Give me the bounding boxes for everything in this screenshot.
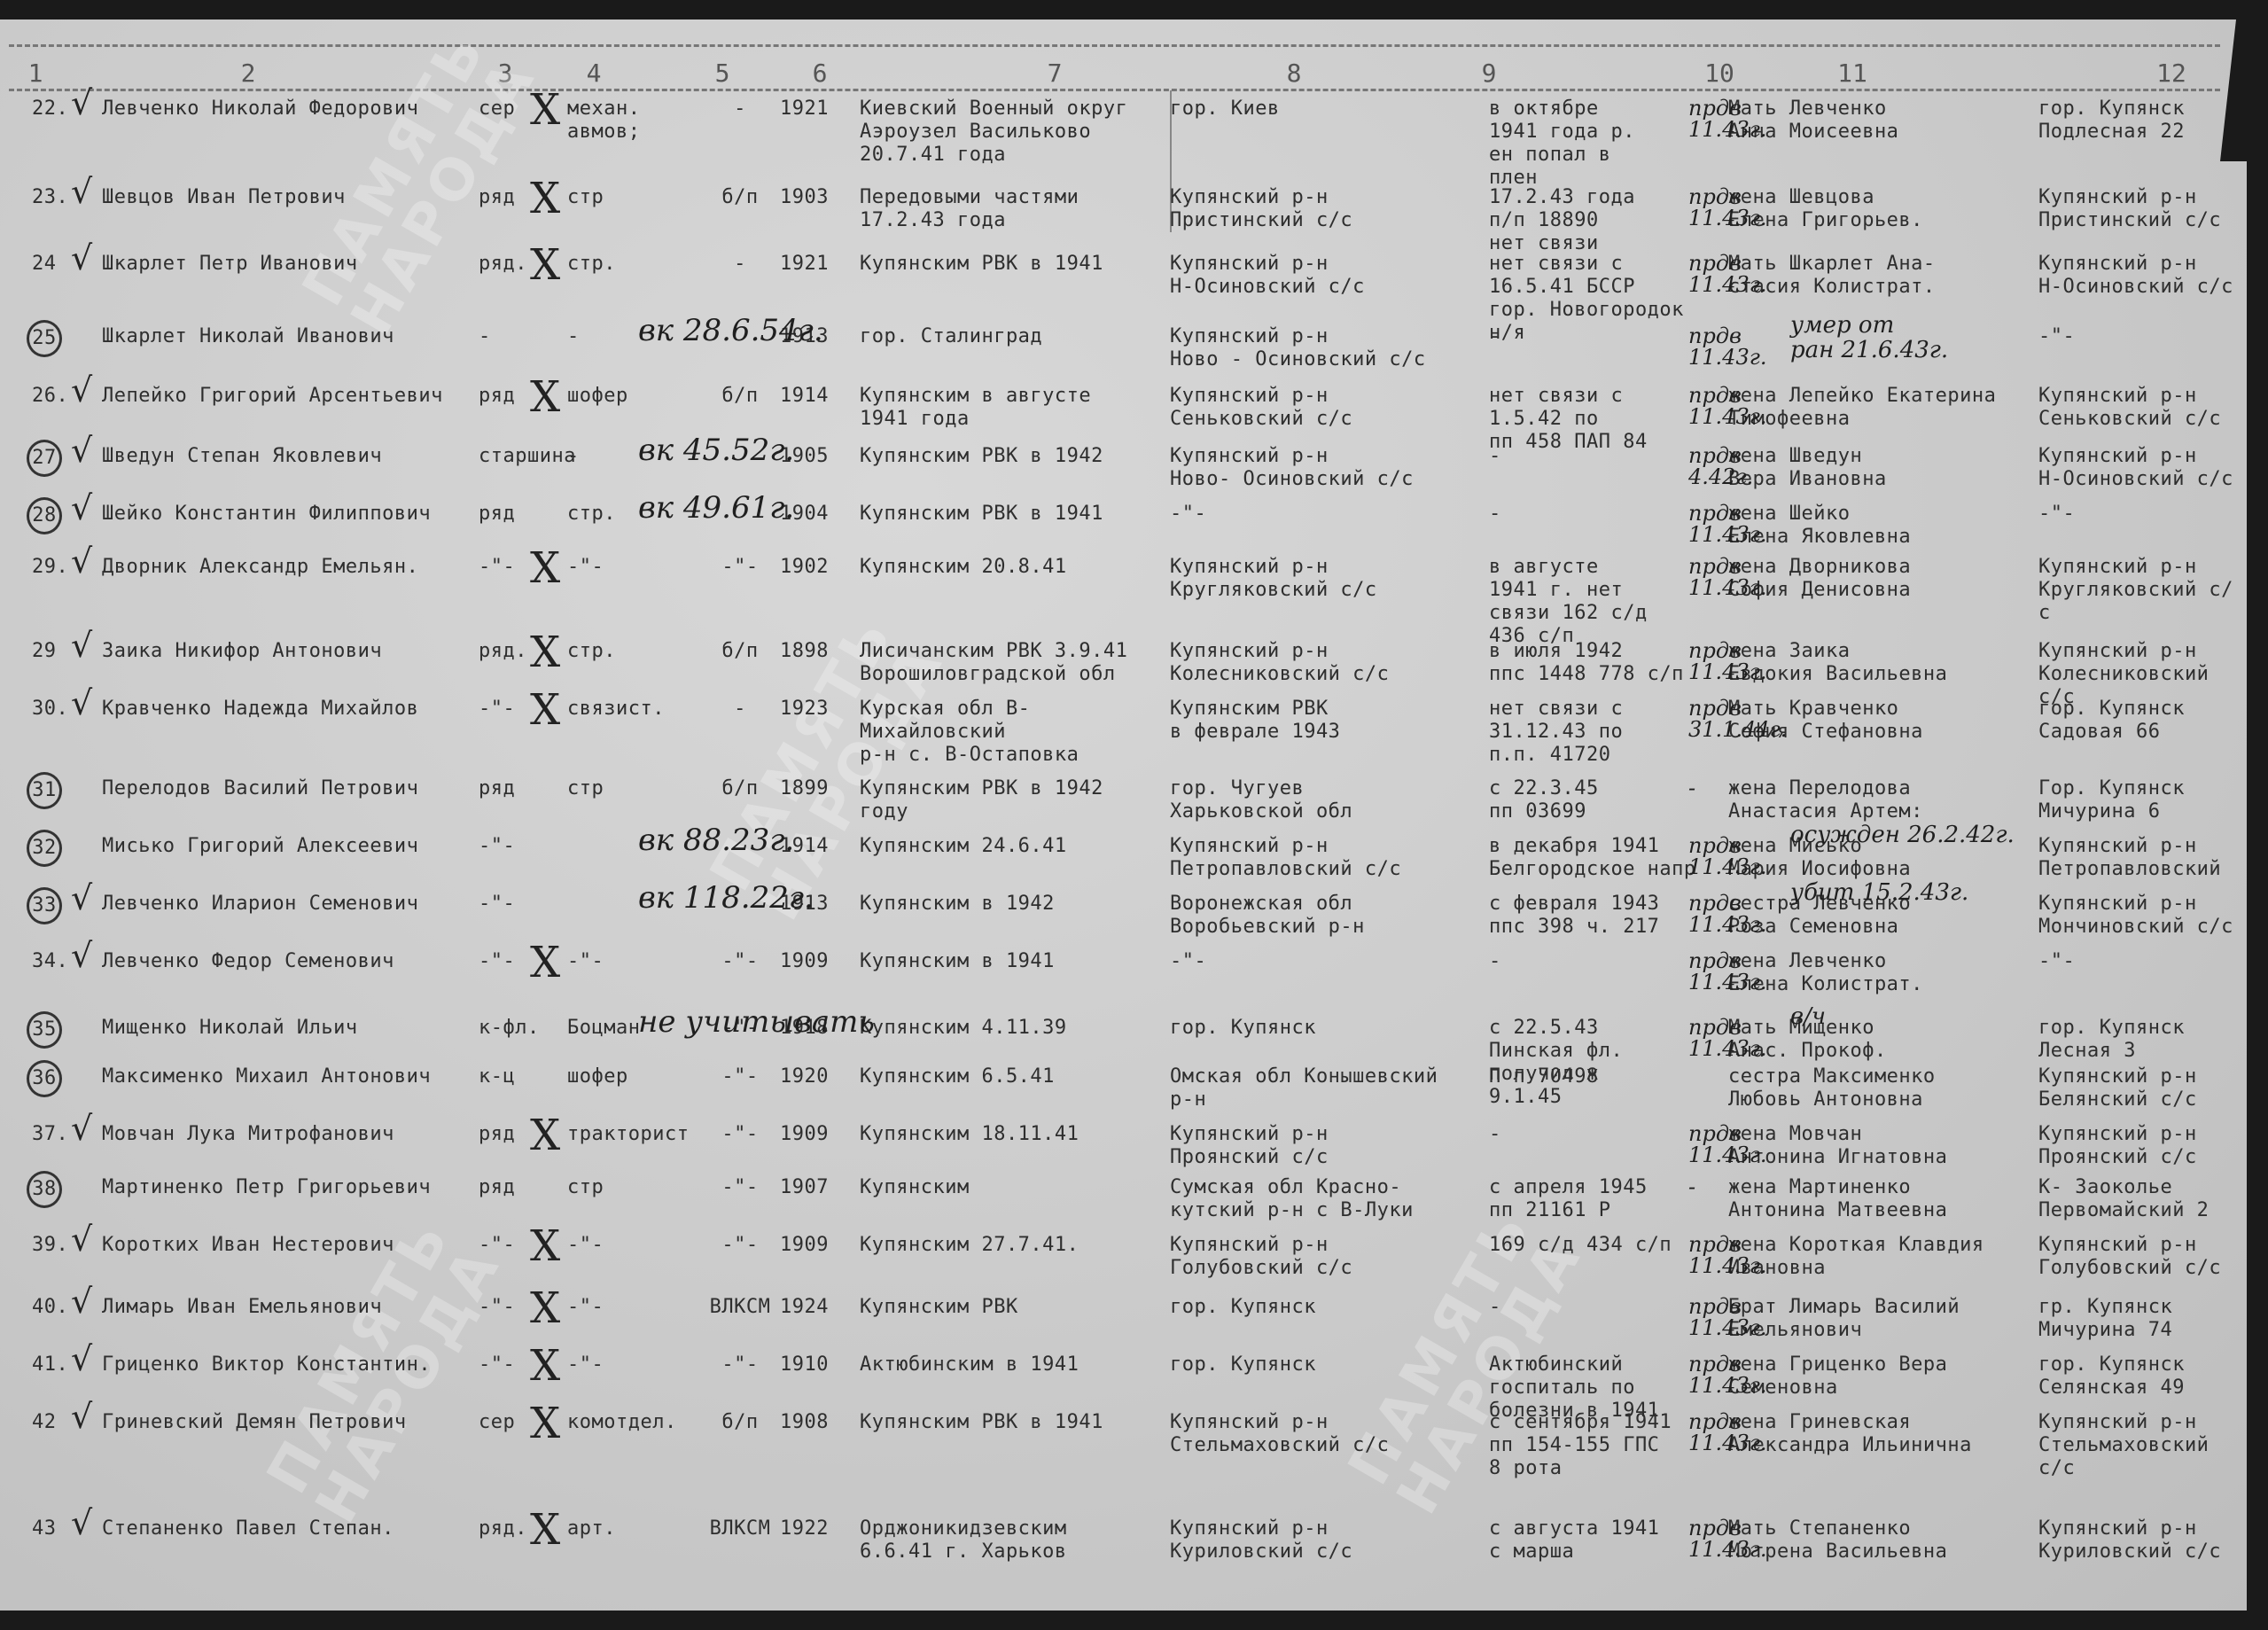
cell-fate: 17.2.43 года п/п 18890 нет связи bbox=[1489, 186, 1711, 255]
cell-rank: -"- bbox=[479, 698, 541, 721]
cell-party: -"- bbox=[700, 1123, 780, 1146]
cell-name: Левченко Иларион Семенович bbox=[102, 893, 474, 916]
cell-home: -"- bbox=[2038, 950, 2242, 973]
cell-spec: шофер bbox=[567, 1065, 691, 1088]
cell-fate: с февраля 1943 ппс 398 ч. 217 bbox=[1489, 893, 1711, 939]
row-number: 33 bbox=[27, 887, 62, 924]
cell-rank: ряд. bbox=[479, 1517, 541, 1540]
cell-addr: -"- bbox=[1170, 503, 1489, 526]
handwritten-annotation: вк 88.23г. bbox=[638, 828, 794, 853]
cell-name: Мовчан Лука Митрофанович bbox=[102, 1123, 474, 1146]
handwritten-verification-note: прдв 11.43г. bbox=[1688, 1517, 1766, 1560]
cell-fate: с августа 1941 с марша bbox=[1489, 1517, 1711, 1564]
cell-name: Левченко Николай Федорович bbox=[102, 97, 474, 121]
cell-name: Шевцов Иван Петрович bbox=[102, 186, 474, 209]
column-number: 11 bbox=[1837, 58, 1867, 88]
handwritten-verification-note: прдв 11.43г. bbox=[1688, 556, 1766, 598]
cell-name: Мисько Григорий Алексеевич bbox=[102, 835, 474, 858]
cell-draft: Купянским в 1942 bbox=[860, 893, 1161, 916]
row-number: 38 bbox=[27, 1171, 62, 1208]
cell-draft: Орджоникидзевским 6.6.41 г. Харьков bbox=[860, 1517, 1161, 1564]
cell-year: 1899 bbox=[780, 777, 851, 800]
cell-name: Коротких Иван Нестерович bbox=[102, 1234, 474, 1257]
handwritten-fate-annotation: осужден 26.2.42г. bbox=[1790, 823, 2015, 847]
cell-home: гр. Купянск Мичурина 74 bbox=[2038, 1296, 2242, 1342]
handwritten-verification-note: прдв 11.43г. bbox=[1688, 1234, 1766, 1276]
column-number: 12 bbox=[2156, 58, 2186, 88]
column-number-header: 123456789101112 bbox=[0, 58, 2247, 85]
cell-addr: Сумская обл Красно- кутский р-н с В-Луки bbox=[1170, 1176, 1489, 1222]
column-number: 2 bbox=[241, 58, 256, 88]
row-number: 34. bbox=[32, 950, 67, 973]
cell-name: Гриневский Демян Петрович bbox=[102, 1411, 474, 1434]
column-number: 9 bbox=[1482, 58, 1497, 88]
cell-addr: гор. Киев bbox=[1170, 97, 1489, 121]
cell-spec: связист. bbox=[567, 698, 691, 721]
cell-year: 1909 bbox=[780, 1123, 851, 1146]
cell-spec: арт. bbox=[567, 1517, 691, 1540]
cell-addr: Купянский р-н Кругляковский с/с bbox=[1170, 556, 1489, 602]
cell-addr: гор. Купянск bbox=[1170, 1017, 1489, 1040]
cell-fate: с сентября 1941 пп 154-155 ГПС 8 рота bbox=[1489, 1411, 1711, 1480]
checkmark-icon: √ bbox=[71, 628, 92, 663]
cell-addr: Купянский р-н Ново - Осиновский с/с bbox=[1170, 325, 1489, 371]
row-number: 29 bbox=[32, 640, 67, 663]
cell-kin: Мать Мищенко Анас. Прокоф. bbox=[1728, 1017, 2030, 1063]
cell-home: Купянский р-н Стельмаховский с/с bbox=[2038, 1411, 2242, 1480]
cell-kin: жена Шейко Елена Яковлевна bbox=[1728, 503, 2030, 549]
handwritten-verification-note: прдв 11.43г. bbox=[1688, 1017, 1766, 1059]
cell-addr: гор. Купянск bbox=[1170, 1296, 1489, 1319]
cell-party: ВЛКСМ bbox=[700, 1296, 780, 1319]
cell-fate: П п 70498 bbox=[1489, 1065, 1711, 1088]
cell-draft: Купянским в 1941 bbox=[860, 950, 1161, 973]
cell-year: 1922 bbox=[780, 1517, 851, 1540]
cell-draft: Купянским РВК в 1941 bbox=[860, 503, 1161, 526]
checkmark-icon: √ bbox=[71, 1283, 92, 1319]
cell-addr: гор. Чугуев Харьковской обл bbox=[1170, 777, 1489, 823]
cell-name: Максименко Михаил Антонович bbox=[102, 1065, 474, 1088]
checkmark-icon: √ bbox=[71, 543, 92, 579]
checkmark-icon: √ bbox=[71, 1341, 92, 1377]
cell-addr: Купянский р-н Пристинский с/с bbox=[1170, 186, 1489, 232]
cell-addr: -"- bbox=[1170, 950, 1489, 973]
cell-spec: комотдел. bbox=[567, 1411, 691, 1434]
cell-home: Купянский р-н Мончиновский с/с bbox=[2038, 893, 2242, 939]
cell-kin: жена Мовчан Антонина Игнатовна bbox=[1728, 1123, 2030, 1169]
cell-draft: Киевский Военный округ Аэроузел Василько… bbox=[860, 97, 1161, 167]
handwritten-verification-note: прдв 11.43г. bbox=[1688, 893, 1766, 935]
cell-party: б/п bbox=[700, 1411, 780, 1434]
cell-kin: жена Дворникова София Денисовна bbox=[1728, 556, 2030, 602]
cell-name: Шейко Константин Филиппович bbox=[102, 503, 474, 526]
checkmark-icon: √ bbox=[71, 1505, 92, 1540]
column-number: 4 bbox=[587, 58, 602, 88]
cell-home: Купянский р-н Петропавловский bbox=[2038, 835, 2242, 881]
cell-name: Заика Никифор Антонович bbox=[102, 640, 474, 663]
cell-home: -"- bbox=[2038, 503, 2242, 526]
handwritten-verification-note: прдв 11.43г. bbox=[1688, 503, 1766, 545]
handwritten-verification-note: прдв 11.43г. bbox=[1688, 1296, 1766, 1338]
cell-fate: в июля 1942 ппс 1448 778 с/п bbox=[1489, 640, 1711, 686]
handwritten-verification-note: прдв 4.42г. bbox=[1688, 445, 1753, 487]
cell-rank: -"- bbox=[479, 1296, 541, 1319]
checkmark-icon: √ bbox=[71, 372, 92, 408]
checkmark-icon: √ bbox=[71, 1221, 92, 1257]
cell-spec: шофер bbox=[567, 385, 691, 408]
handwritten-annotation: вк 28.6.54г. bbox=[638, 318, 823, 343]
cell-year: 1914 bbox=[780, 385, 851, 408]
handwritten-verification-note: прдв 11.43г. bbox=[1688, 97, 1766, 140]
cell-draft: Купянским РВК в 1941 bbox=[860, 253, 1161, 276]
cell-spec: -"- bbox=[567, 950, 691, 973]
cell-party: б/п bbox=[700, 186, 780, 209]
cell-kin: жена Левченко Елена Колистрат. bbox=[1728, 950, 2030, 996]
header-rule-bottom bbox=[9, 89, 2220, 91]
cell-home: гор. Купянск Садовая 66 bbox=[2038, 698, 2242, 744]
cell-spec: -"- bbox=[567, 556, 691, 579]
cell-spec: -"- bbox=[567, 1296, 691, 1319]
cell-home: Гор. Купянск Мичурина 6 bbox=[2038, 777, 2242, 823]
cell-draft: Купянским РВК в 1942 году bbox=[860, 777, 1161, 823]
row-number: 29. bbox=[32, 556, 67, 579]
cell-year: 1920 bbox=[780, 1065, 851, 1088]
row-number: 36 bbox=[27, 1060, 62, 1097]
cell-draft: Передовыми частями 17.2.43 года bbox=[860, 186, 1161, 232]
cell-draft: Купянским 18.11.41 bbox=[860, 1123, 1161, 1146]
cell-draft: Купянским РВК bbox=[860, 1296, 1161, 1319]
checkmark-icon: √ bbox=[71, 1111, 92, 1146]
cell-draft: Купянским 20.8.41 bbox=[860, 556, 1161, 579]
handwritten-verification-note: прдв 11.43г. bbox=[1688, 253, 1766, 295]
cell-party: ВЛКСМ bbox=[700, 1517, 780, 1540]
cell-party: -"- bbox=[700, 1065, 780, 1088]
cell-party: - bbox=[700, 97, 780, 121]
cell-addr: Купянский р-н Стельмаховский с/с bbox=[1170, 1411, 1489, 1457]
cell-fate: с апреля 1945 пп 21161 Р bbox=[1489, 1176, 1711, 1222]
cell-home: К- Заокольe Первомайский 2 bbox=[2038, 1176, 2242, 1222]
cell-year: 1910 bbox=[780, 1353, 851, 1377]
cell-addr: Купянский р-н Голубовский с/с bbox=[1170, 1234, 1489, 1280]
cell-home: Купянский р-н Голубовский с/с bbox=[2038, 1234, 2242, 1280]
checkmark-icon: √ bbox=[71, 433, 92, 468]
row-number: 35 bbox=[27, 1011, 62, 1049]
cell-draft: Купянским РВК в 1941 bbox=[860, 1411, 1161, 1434]
cell-addr: Купянский р-н Ново- Осиновский с/с bbox=[1170, 445, 1489, 491]
cell-draft: Купянским 6.5.41 bbox=[860, 1065, 1161, 1088]
cell-draft: Купянским РВК в 1942 bbox=[860, 445, 1161, 468]
cell-year: 1924 bbox=[780, 1296, 851, 1319]
cell-fate: в декабря 1941 Белгородское напр bbox=[1489, 835, 1711, 881]
cell-kin: жена Шевцова Елена Григорьев. bbox=[1728, 186, 2030, 232]
row-number: 27 bbox=[27, 440, 62, 477]
row-number: 25 bbox=[27, 320, 62, 357]
cell-draft: Актюбинским в 1941 bbox=[860, 1353, 1161, 1377]
cell-party: -"- bbox=[700, 1353, 780, 1377]
cell-kin: Мать Шкарлет Ана- стасия Колистрат. bbox=[1728, 253, 2030, 299]
cell-kin: Мать Степаненко Мотрена Васильевна bbox=[1728, 1517, 2030, 1564]
cell-home: гор. Купянск Селянская 49 bbox=[2038, 1353, 2242, 1400]
cell-kin: жена Гриневская Александра Ильинична bbox=[1728, 1411, 2030, 1457]
handwritten-verification-note: прдв 11.43г. bbox=[1688, 325, 1766, 368]
cell-spec: стр bbox=[567, 186, 691, 209]
cell-home: гор. Купянск Подлесная 22 bbox=[2038, 97, 2242, 144]
cell-party: -"- bbox=[700, 1234, 780, 1257]
cell-draft: Купянским bbox=[860, 1176, 1161, 1199]
row-number: 24 bbox=[32, 253, 67, 276]
cell-name: Перелодов Василий Петрович bbox=[102, 777, 474, 800]
row-number: 39. bbox=[32, 1234, 67, 1257]
cell-fate: в августе 1941 г. нет связи 162 с/д 436 … bbox=[1489, 556, 1711, 648]
checkmark-icon: √ bbox=[71, 685, 92, 721]
cell-kin: сестра Максименко Любовь Антоновна bbox=[1728, 1065, 2030, 1111]
cell-rank: к-ц bbox=[479, 1065, 541, 1088]
cell-name: Лимарь Иван Емельянович bbox=[102, 1296, 474, 1319]
handwritten-verification-note: - bbox=[1688, 1176, 1695, 1197]
column-number: 6 bbox=[813, 58, 828, 88]
cell-home: Купянский р-н Белянский с/с bbox=[2038, 1065, 2242, 1111]
handwritten-verification-note: прдв 11.43г. bbox=[1688, 385, 1766, 427]
cell-addr: Купянский р-н Проянский с/с bbox=[1170, 1123, 1489, 1169]
cell-party: б/п bbox=[700, 777, 780, 800]
checkmark-icon: √ bbox=[71, 938, 92, 973]
cell-fate: - bbox=[1489, 325, 1711, 348]
cell-year: 1908 bbox=[780, 1411, 851, 1434]
handwritten-annotation: вк 45.52г. bbox=[638, 438, 794, 463]
cell-name: Левченко Федор Семенович bbox=[102, 950, 474, 973]
handwritten-verification-note: прдв 11.43г. bbox=[1688, 835, 1766, 877]
cell-rank: к-фл. bbox=[479, 1017, 541, 1040]
cell-fate: нет связи с 31.12.43 по п.п. 41720 bbox=[1489, 698, 1711, 767]
cell-rank: ряд. bbox=[479, 253, 541, 276]
cell-party: - bbox=[700, 253, 780, 276]
cell-rank: ряд bbox=[479, 1123, 541, 1146]
cell-name: Шведун Степан Яковлевич bbox=[102, 445, 474, 468]
cell-home: Купянский р-н Проянский с/с bbox=[2038, 1123, 2242, 1169]
column-number: 7 bbox=[1048, 58, 1063, 88]
cell-year: 1903 bbox=[780, 186, 851, 209]
cell-rank: -"- bbox=[479, 556, 541, 579]
handwritten-fate-annotation: убит 15.2.43г. bbox=[1790, 880, 1968, 905]
cell-home: Купянский р-н Куриловский с/с bbox=[2038, 1517, 2242, 1564]
cell-addr: Купянский р-н Куриловский с/с bbox=[1170, 1517, 1489, 1564]
cell-rank: ряд bbox=[479, 1176, 541, 1199]
cell-spec: стр bbox=[567, 1176, 691, 1199]
cell-fate: - bbox=[1489, 1123, 1711, 1146]
handwritten-verification-note: прдв 11.43г. bbox=[1688, 1123, 1766, 1166]
cell-draft: Купянским 24.6.41 bbox=[860, 835, 1161, 858]
row-number: 31 bbox=[27, 772, 62, 809]
cell-spec: тракторист bbox=[567, 1123, 691, 1146]
cell-home: Купянский р-н Н-Осиновский с/с bbox=[2038, 445, 2242, 491]
cell-rank: -"- bbox=[479, 893, 541, 916]
handwritten-verification-note: прдв 11.43г. bbox=[1688, 1353, 1766, 1396]
cell-party: -"- bbox=[700, 556, 780, 579]
cell-spec: -"- bbox=[567, 1353, 691, 1377]
cell-draft: Купянским в августе 1941 года bbox=[860, 385, 1161, 431]
column-number: 8 bbox=[1287, 58, 1302, 88]
handwritten-verification-note: - bbox=[1688, 777, 1695, 799]
cell-home: Купянский р-н Пристинский с/с bbox=[2038, 186, 2242, 232]
cell-addr: Купянский р-н Сеньковский с/с bbox=[1170, 385, 1489, 431]
column-number: 5 bbox=[715, 58, 730, 88]
document-sheet: 123456789101112 ПАМЯТЬ НАРОДА ПАМЯТЬ НАР… bbox=[0, 19, 2247, 1611]
cell-rank: -"- bbox=[479, 950, 541, 973]
row-number: 22. bbox=[32, 97, 67, 121]
cell-party: б/п bbox=[700, 385, 780, 408]
cell-year: 1898 bbox=[780, 640, 851, 663]
cell-kin: жена Шведун Вера Ивановна bbox=[1728, 445, 2030, 491]
cell-addr: Купянский р-н Петропавловский с/с bbox=[1170, 835, 1489, 881]
row-number: 23. bbox=[32, 186, 67, 209]
cell-kin: жена Заика Евдокия Васильевна bbox=[1728, 640, 2030, 686]
cell-name: Мищенко Николай Ильич bbox=[102, 1017, 474, 1040]
cell-year: 1909 bbox=[780, 950, 851, 973]
cell-name: Шкарлет Петр Иванович bbox=[102, 253, 474, 276]
handwritten-verification-note: прдв 31.1.44г. bbox=[1688, 698, 1787, 740]
cell-party: - bbox=[700, 698, 780, 721]
handwritten-verification-note: прдв 11.43г. bbox=[1688, 1411, 1766, 1454]
cell-home: Купянский р-н Н-Осиновский с/с bbox=[2038, 253, 2242, 299]
cell-addr: Купянский р-н Н-Осиновский с/с bbox=[1170, 253, 1489, 299]
cell-spec: механ. авмов; bbox=[567, 97, 691, 144]
cell-rank: сер bbox=[479, 1411, 541, 1434]
cell-kin: жена Перелодова Анастасия Артем: bbox=[1728, 777, 2030, 823]
row-number: 41. bbox=[32, 1353, 67, 1377]
cell-party: -"- bbox=[700, 1176, 780, 1199]
cell-draft: Лисичанским РВК 3.9.41 Ворошиловградской… bbox=[860, 640, 1161, 686]
cell-addr: Воронежская обл Воробьевский р-н bbox=[1170, 893, 1489, 939]
row-number: 42 bbox=[32, 1411, 67, 1434]
checkmark-icon: √ bbox=[71, 174, 92, 209]
cell-fate: - bbox=[1489, 503, 1711, 526]
cell-draft: гор. Сталинград bbox=[860, 325, 1161, 348]
cell-draft: Купянским 27.7.41. bbox=[860, 1234, 1161, 1257]
cell-spec: -"- bbox=[567, 1234, 691, 1257]
cell-fate: с 22.5.43 Пинская фл. получил ж 9.1.45 bbox=[1489, 1017, 1711, 1109]
cell-kin: жена Лепейко Екатерина Тимофеевна bbox=[1728, 385, 2030, 431]
cell-fate: - bbox=[1489, 950, 1711, 973]
cell-name: Дворник Александр Емельян. bbox=[102, 556, 474, 579]
checkmark-icon: √ bbox=[71, 1399, 92, 1434]
row-number: 26. bbox=[32, 385, 67, 408]
handwritten-annotation: вк 49.61г. bbox=[638, 495, 794, 520]
cell-addr: Купянским РВК в феврале 1943 bbox=[1170, 698, 1489, 744]
row-number: 32 bbox=[27, 830, 62, 867]
cell-rank: ряд bbox=[479, 186, 541, 209]
checkmark-icon: √ bbox=[71, 85, 92, 121]
cell-fate: - bbox=[1489, 445, 1711, 468]
handwritten-fate-annotation: в/ч bbox=[1790, 1004, 1826, 1029]
cell-spec: стр bbox=[567, 777, 691, 800]
cell-fate: 169 с/д 434 с/п bbox=[1489, 1234, 1711, 1257]
column-number: 1 bbox=[28, 58, 43, 88]
cell-fate: - bbox=[1489, 1296, 1711, 1319]
cell-rank: - bbox=[479, 325, 541, 348]
cell-home: гор. Купянск Лесная 3 bbox=[2038, 1017, 2242, 1063]
cell-spec: стр. bbox=[567, 640, 691, 663]
row-number: 28 bbox=[27, 497, 62, 534]
cell-home: Купянский р-н Сеньковский с/с bbox=[2038, 385, 2242, 431]
cell-fate: с 22.3.45 пп 03699 bbox=[1489, 777, 1711, 823]
handwritten-fate-annotation: умер от ран 21.6.43г. bbox=[1790, 313, 1948, 363]
cell-kin: жена Мартиненко Антонина Матвеевна bbox=[1728, 1176, 2030, 1222]
cell-draft: Купянским 4.11.39 bbox=[860, 1017, 1161, 1040]
cell-home: -"- bbox=[2038, 325, 2242, 348]
cell-rank: ряд bbox=[479, 503, 541, 526]
cell-name: Гриценко Виктор Константин. bbox=[102, 1353, 474, 1377]
cell-fate: в октябре 1941 года р. ен попал в плен bbox=[1489, 97, 1711, 190]
cell-kin: Мать Левченко Анна Моисеевна bbox=[1728, 97, 2030, 144]
cell-year: 1923 bbox=[780, 698, 851, 721]
cell-year: 1921 bbox=[780, 97, 851, 121]
cell-year: 1902 bbox=[780, 556, 851, 579]
cell-rank: ряд bbox=[479, 385, 541, 408]
cell-spec: стр. bbox=[567, 253, 691, 276]
checkmark-icon: √ bbox=[71, 880, 92, 916]
cell-home: Купянский р-н Кругляковский с/с bbox=[2038, 556, 2242, 625]
cell-rank: -"- bbox=[479, 1353, 541, 1377]
cell-name: Степаненко Павел Степан. bbox=[102, 1517, 474, 1540]
header-rule-top bbox=[9, 44, 2220, 47]
cell-rank: -"- bbox=[479, 1234, 541, 1257]
handwritten-annotation: вк 118.22г. bbox=[638, 885, 814, 910]
cell-rank: ряд. bbox=[479, 640, 541, 663]
cell-name: Кравченко Надежда Михайлов bbox=[102, 698, 474, 721]
cell-addr: Омская обл Конышевский р-н bbox=[1170, 1065, 1489, 1111]
row-number: 37. bbox=[32, 1123, 67, 1146]
row-number: 43 bbox=[32, 1517, 67, 1540]
row-number: 30. bbox=[32, 698, 67, 721]
cell-draft: Курская обл В-Михайловский р-н с. В-Оста… bbox=[860, 698, 1161, 767]
handwritten-annotation: не учитывать bbox=[638, 1010, 875, 1034]
cell-kin: жена Короткая Клавдия Ивановна bbox=[1728, 1234, 2030, 1280]
cell-name: Лепейко Григорий Арсентьевич bbox=[102, 385, 474, 408]
cell-addr: Купянский р-н Колесниковский с/с bbox=[1170, 640, 1489, 686]
row-number: 40. bbox=[32, 1296, 67, 1319]
cell-party: -"- bbox=[700, 950, 780, 973]
cell-addr: гор. Купянск bbox=[1170, 1353, 1489, 1377]
cell-kin: жена Гриценко Вера Семеновна bbox=[1728, 1353, 2030, 1400]
cell-year: 1909 bbox=[780, 1234, 851, 1257]
cell-fate: нет связи с 1.5.42 по пп 458 ПАП 84 bbox=[1489, 385, 1711, 454]
checkmark-icon: √ bbox=[71, 490, 92, 526]
handwritten-verification-note: прдв 11.43г. bbox=[1688, 186, 1766, 229]
cell-rank: ряд bbox=[479, 777, 541, 800]
cell-rank: -"- bbox=[479, 835, 541, 858]
cell-year: 1907 bbox=[780, 1176, 851, 1199]
cell-name: Шкарлет Николай Иванович bbox=[102, 325, 474, 348]
cell-rank: сер bbox=[479, 97, 541, 121]
cell-year: 1921 bbox=[780, 253, 851, 276]
handwritten-verification-note: прдв 11.43г. bbox=[1688, 640, 1766, 682]
checkmark-icon: √ bbox=[71, 240, 92, 276]
cell-party: б/п bbox=[700, 640, 780, 663]
handwritten-verification-note: прдв 11.43г. bbox=[1688, 950, 1766, 993]
cell-kin: Брат Лимарь Василий Емельянович bbox=[1728, 1296, 2030, 1342]
cell-name: Мартиненко Петр Григорьевич bbox=[102, 1176, 474, 1199]
column-number: 10 bbox=[1704, 58, 1734, 88]
cell-rank: старшина bbox=[479, 445, 541, 468]
